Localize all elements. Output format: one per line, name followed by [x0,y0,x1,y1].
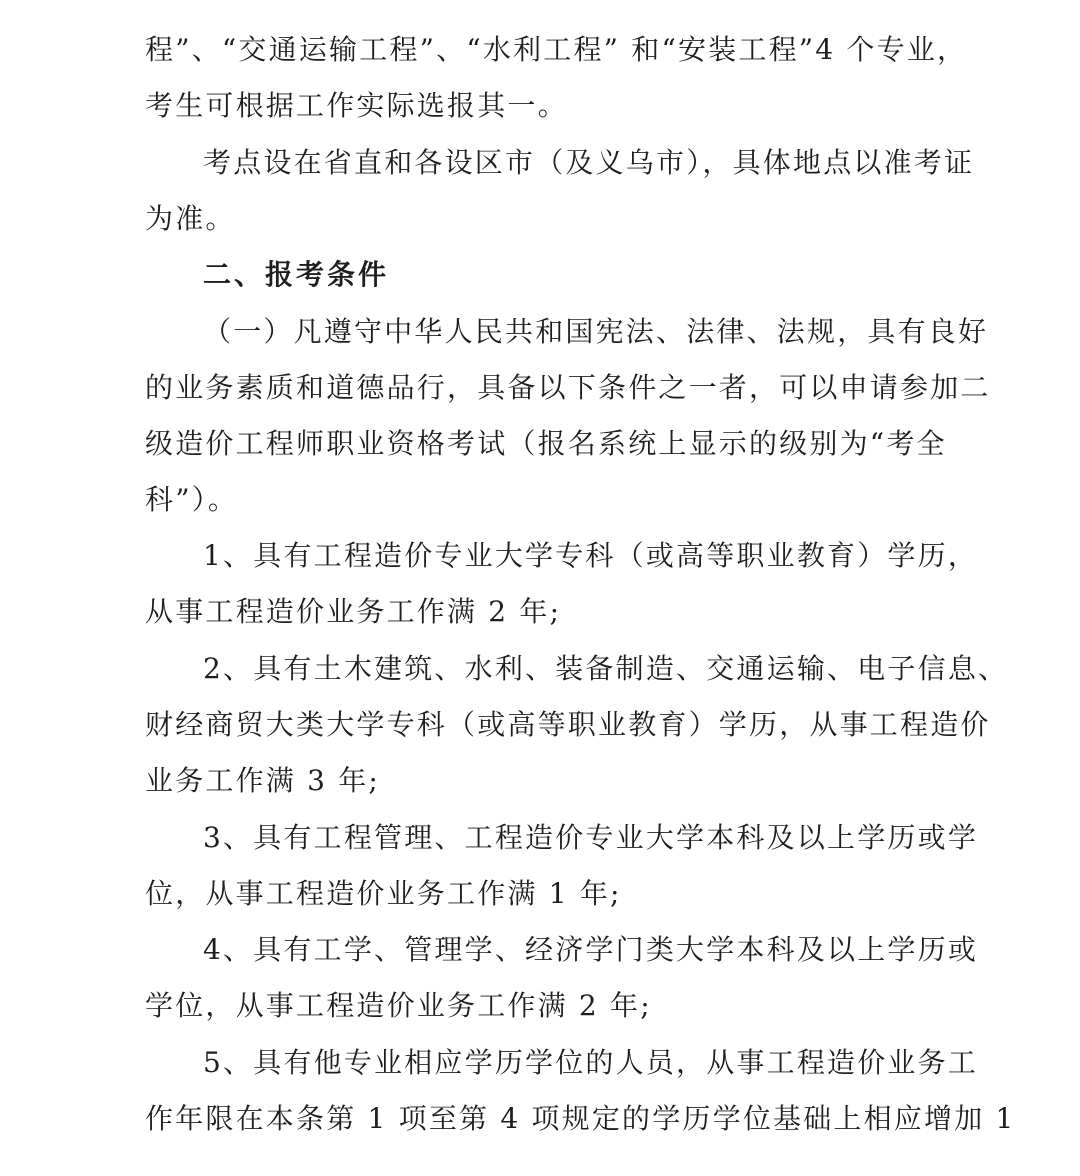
list-item-2-cont-2: 业务工作满 3 年; [145,761,945,801]
list-item-5-cont: 作年限在本条第 1 项至第 4 项规定的学历学位基础上相应增加 1 [145,1099,945,1139]
text-line-admission-ticket: 为准。 [145,199,945,239]
list-item-1-cont: 从事工程造价业务工作满 2 年; [145,592,945,632]
text-line-exam-majors: 程”、“交通运输工程”、“水利工程” 和“安装工程”4 个专业， [145,30,945,70]
text-line-general-requirement-2: 的业务素质和道德品行，具备以下条件之一者，可以申请参加二 [145,368,945,408]
list-item-4: 4、具有工学、管理学、经济学门类大学本科及以上学历或 [203,930,945,970]
list-item-5: 5、具有他专业相应学历学位的人员，从事工程造价业务工 [203,1043,945,1083]
document-page: 程”、“交通运输工程”、“水利工程” 和“安装工程”4 个专业， 考生可根据工作… [0,0,1080,1176]
text-line-general-requirement-4: 科”）。 [145,480,945,520]
list-item-1: 1、具有工程造价专业大学专科（或高等职业教育）学历， [203,536,945,576]
list-item-3-cont: 位，从事工程造价业务工作满 1 年; [145,874,945,914]
text-line-exam-location: 考点设在省直和各设区市（及义乌市），具体地点以准考证 [203,143,945,183]
text-line-choose-one: 考生可根据工作实际选报其一。 [145,86,945,126]
text-line-general-requirement-3: 级造价工程师职业资格考试（报名系统上显示的级别为“考全 [145,424,945,464]
list-item-2: 2、具有土木建筑、水利、装备制造、交通运输、电子信息、 [203,649,945,689]
section-heading-eligibility: 二、报考条件 [203,255,945,295]
list-item-4-cont: 学位，从事工程造价业务工作满 2 年; [145,986,945,1026]
list-item-2-cont: 财经商贸大类大学专科（或高等职业教育）学历，从事工程造价 [145,705,945,745]
text-line-general-requirement: （一）凡遵守中华人民共和国宪法、法律、法规，具有良好 [203,312,945,352]
list-item-3: 3、具有工程管理、工程造价专业大学本科及以上学历或学 [203,818,945,858]
